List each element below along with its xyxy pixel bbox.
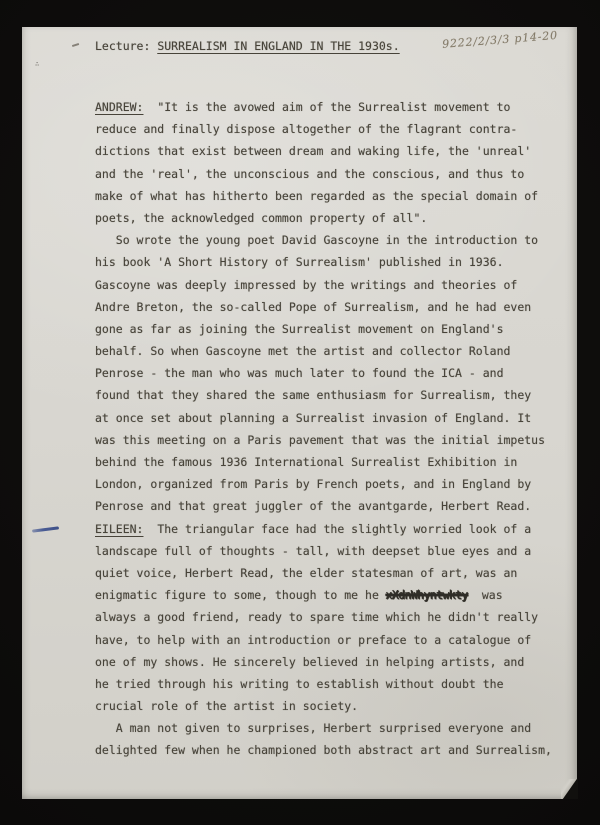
text-line: Penrose - the man who was much later to … — [95, 362, 571, 384]
text-line: behind the famous 1936 International Sur… — [95, 451, 571, 473]
text-line: and the 'real', the unconscious and the … — [95, 163, 571, 185]
text-line: quiet voice, Herbert Read, the elder sta… — [95, 562, 571, 584]
text-line: delighted few when he championed both ab… — [95, 739, 571, 761]
document-lines: ANDREW: "It is the avowed aim of the Sur… — [95, 96, 571, 762]
text-line: gone as far as joining the Surrealist mo… — [95, 318, 571, 340]
text-line: EILEEN: The triangular face had the slig… — [95, 518, 571, 540]
text-line: always a good friend, ready to spare tim… — [95, 606, 571, 628]
text-line: have, to help with an introduction or pr… — [95, 629, 571, 651]
margin-pen-mark-icon — [32, 526, 59, 532]
text-line: poets, the acknowledged common property … — [95, 207, 571, 229]
text-line: his book 'A Short History of Surrealism'… — [95, 251, 571, 273]
scan-background: { "scan": { "background_color": "#0a0908… — [0, 0, 600, 825]
ink-speck-dash — [72, 43, 79, 47]
paper-sheet: ∴ Lecture: SURREALISM IN ENGLAND IN THE … — [22, 27, 577, 799]
text-line: he tried through his writing to establis… — [95, 673, 571, 695]
text-line: Andre Breton, the so-called Pope of Surr… — [95, 296, 571, 318]
text-line: reduce and finally dispose altogether of… — [95, 118, 571, 140]
text-line: ANDREW: "It is the avowed aim of the Sur… — [95, 96, 571, 118]
lecture-title: SURREALISM IN ENGLAND IN THE 1930s. — [157, 39, 399, 53]
page-title-line: Lecture: SURREALISM IN ENGLAND IN THE 19… — [95, 39, 400, 53]
text-line: Gascoyne was deeply impressed by the wri… — [95, 274, 571, 296]
ink-speck-dots: ∴ — [35, 60, 40, 68]
text-line: make of what has hitherto been regarded … — [95, 185, 571, 207]
text-line: crucial role of the artist in society. — [95, 695, 571, 717]
text-line: So wrote the young poet David Gascoyne i… — [95, 229, 571, 251]
text-line: found that they shared the same enthusia… — [95, 384, 571, 406]
lecture-label: Lecture: — [95, 39, 157, 53]
text-line: one of my shows. He sincerely believed i… — [95, 651, 571, 673]
text-line: A man not given to surprises, Herbert su… — [95, 717, 571, 739]
text-line: was this meeting on a Paris pavement tha… — [95, 429, 571, 451]
corner-fold — [561, 779, 578, 799]
text-line: enigmatic figure to some, though to me h… — [95, 584, 571, 606]
text-line: at once set about planning a Surrealist … — [95, 407, 571, 429]
text-line: landscape full of thoughts - tall, with … — [95, 540, 571, 562]
text-line: dictions that exist between dream and wa… — [95, 140, 571, 162]
text-line: Penrose and that great juggler of the av… — [95, 495, 571, 517]
text-line: behalf. So when Gascoyne met the artist … — [95, 340, 571, 362]
text-line: London, organized from Paris by French p… — [95, 473, 571, 495]
obliterated-word: xXdnWhyntwkty — [386, 588, 468, 602]
handwritten-archive-ref: 9222/2/3/3 p14-20 — [442, 26, 593, 51]
